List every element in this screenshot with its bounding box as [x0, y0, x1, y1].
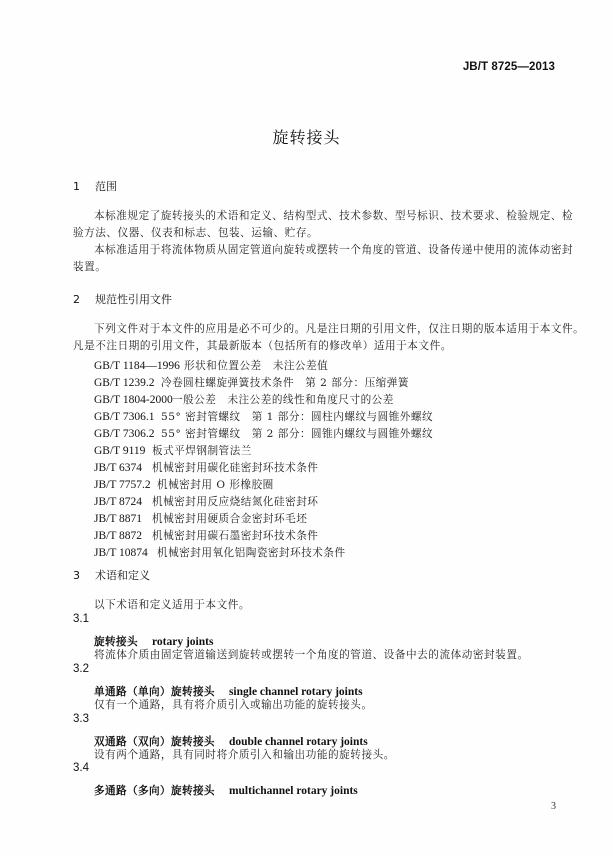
section-1-para1-line2: 验方法、仪器、仪表和标志、包装、运输、贮存。	[73, 225, 318, 240]
section-1-para2-line2: 装置。	[73, 259, 106, 274]
standard-code: JB/T 8725—2013	[463, 61, 555, 73]
term-english: multichannel rotary joints	[229, 785, 358, 797]
section-1-title: 范围	[95, 180, 117, 193]
document-page: JB/T 8725—2013 旋转接头 1范围 本标准规定了旋转接头的术语和定义…	[0, 0, 613, 856]
page-number: 3	[551, 801, 556, 812]
reference-title: 机械密封用氧化铝陶瓷密封环技术条件	[157, 547, 346, 559]
section-2-intro-line1: 下列文件对于本文件的应用是必不可少的。凡是注日期的引用文件，仅注日期的版本适用于…	[94, 321, 584, 336]
term-chinese: 多通路（多向）旋转接头	[94, 785, 215, 797]
term-definition: 设有两个通路，具有同时将介质引入和输出功能的旋转接头。	[94, 747, 395, 762]
section-1-para1-line1: 本标准规定了旋转接头的术语和定义、结构型式、技术参数、型号标识、技术要求、检验规…	[94, 208, 573, 223]
section-3-title: 术语和定义	[95, 569, 150, 582]
section-3-number: 3	[73, 569, 95, 582]
section-2-number: 2	[73, 293, 95, 306]
term-number: 3.1	[73, 613, 89, 625]
term-number: 3.4	[73, 762, 89, 774]
section-1-number: 1	[73, 180, 95, 193]
reference-code: JB/T 10874	[94, 547, 157, 559]
term-number: 3.3	[73, 713, 89, 725]
section-1-heading: 1范围	[73, 178, 117, 194]
term-number: 3.2	[73, 663, 89, 675]
section-3-heading: 3术语和定义	[73, 567, 150, 583]
term-heading: 多通路（多向）旋转接头multichannel rotary joints	[94, 779, 358, 798]
term-definition: 仅有一个通路，具有将介质引入或输出功能的旋转接头。	[94, 697, 373, 712]
section-3-intro: 以下术语和定义适用于本文件。	[94, 597, 250, 612]
reference-item: JB/T 10874机械密封用氧化铝陶瓷密封环技术条件	[94, 541, 346, 560]
section-2-title: 规范性引用文件	[95, 293, 172, 306]
document-title: 旋转接头	[0, 125, 613, 148]
term-definition: 将流体介质由固定管道输送到旋转或摆转一个角度的管道、设备中去的流体动密封装置。	[94, 647, 529, 662]
section-1-para2-line1: 本标准适用于将流体物质从固定管道向旋转或摆转一个角度的管道、设备传递中使用的流体…	[94, 242, 573, 257]
section-2-intro-line2: 凡是不注日期的引用文件，其最新版本（包括所有的修改单）适用于本文件。	[73, 338, 452, 353]
section-2-heading: 2规范性引用文件	[73, 291, 172, 307]
